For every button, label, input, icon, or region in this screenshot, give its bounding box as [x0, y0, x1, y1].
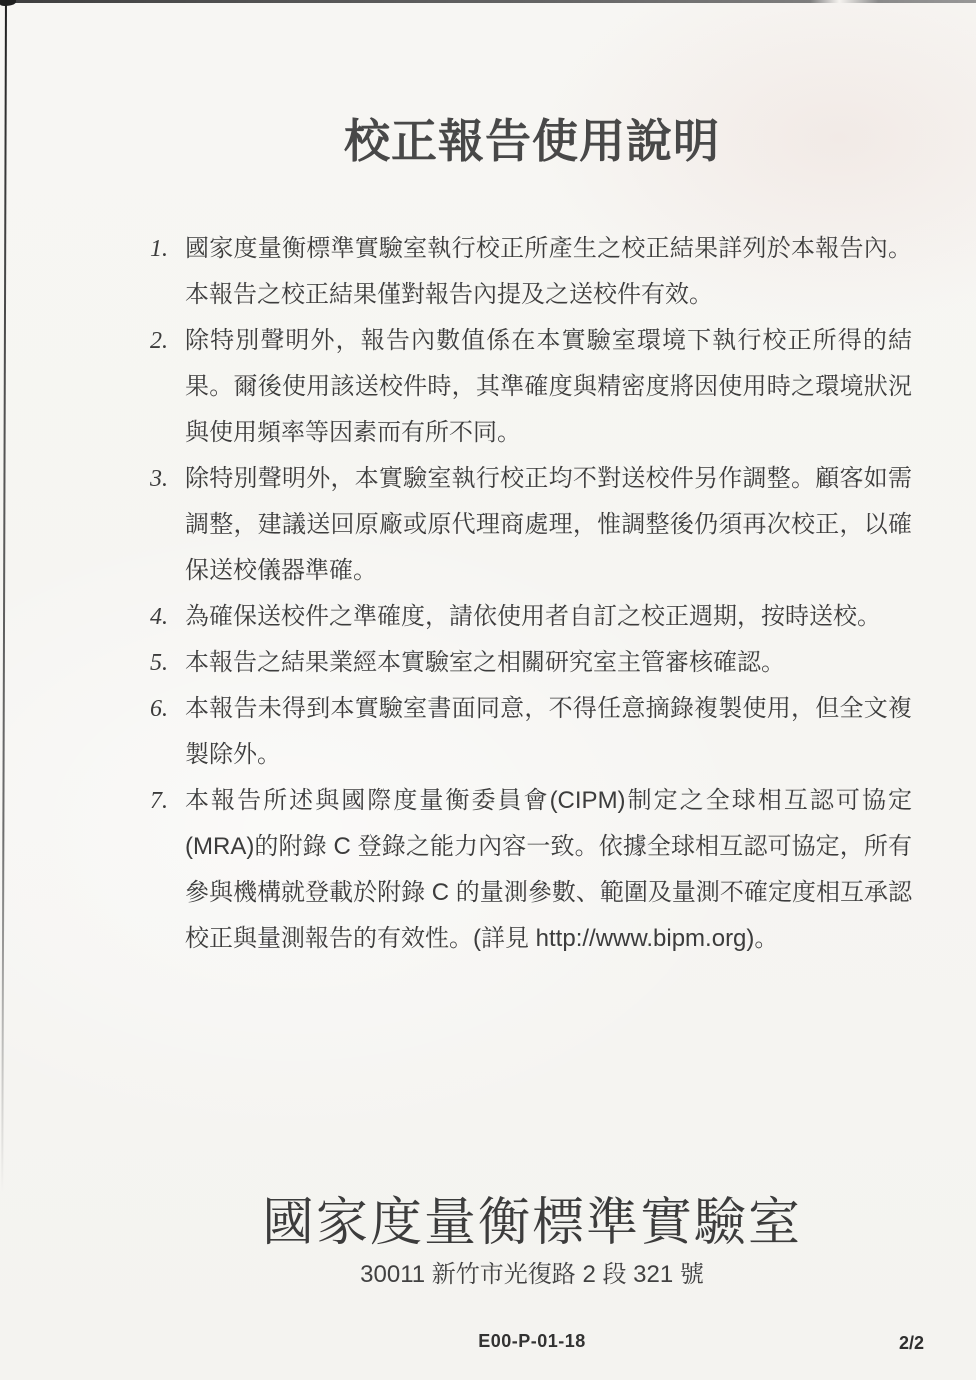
document-title: 校正報告使用說明 [150, 110, 914, 172]
list-item-6: 6. 本報告未得到本實驗室書面同意，不得任意摘錄複製使用，但全文複製除外。 [150, 686, 912, 778]
instruction-list: 1. 國家度量衡標準實驗室執行校正所產生之校正結果詳列於本報告內。本報告之校正結… [150, 226, 912, 962]
scanned-document-page: 校正報告使用說明 1. 國家度量衡標準實驗室執行校正所產生之校正結果詳列於本報告… [0, 0, 976, 1380]
list-item-text: 本報告所述與國際度量衡委員會(CIPM)制定之全球相互認可協定(MRA)的附錄 … [185, 787, 912, 952]
list-item-4: 4. 為確保送校件之準確度，請依使用者自訂之校正週期，按時送校。 [150, 594, 912, 640]
list-item-2: 2. 除特別聲明外，報告內數值係在本實驗室環境下執行校正所得的結果。爾後使用該送… [150, 318, 912, 456]
list-item-number: 4. [150, 594, 183, 640]
list-item-text: 為確保送校件之準確度，請依使用者自訂之校正週期，按時送校。 [185, 603, 881, 630]
list-item-5: 5. 本報告之結果業經本實驗室之相關研究室主管審核確認。 [150, 640, 912, 686]
list-item-number: 3. [150, 456, 183, 502]
list-item-text: 本報告之結果業經本實驗室之相關研究室主管審核確認。 [185, 649, 785, 676]
list-item-1: 1. 國家度量衡標準實驗室執行校正所產生之校正結果詳列於本報告內。本報告之校正結… [150, 226, 912, 318]
list-item-number: 5. [150, 640, 183, 686]
list-item-text: 除特別聲明外，報告內數值係在本實驗室環境下執行校正所得的結果。爾後使用該送校件時… [185, 327, 912, 446]
list-item-text: 國家度量衡標準實驗室執行校正所產生之校正結果詳列於本報告內。本報告之校正結果僅對… [185, 235, 912, 308]
list-item-7: 7. 本報告所述與國際度量衡委員會(CIPM)制定之全球相互認可協定(MRA)的… [150, 778, 912, 962]
laboratory-address: 30011 新竹市光復路 2 段 321 號 [150, 1260, 914, 1290]
laboratory-name: 國家度量衡標準實驗室 [150, 1192, 914, 1254]
list-item-text: 除特別聲明外，本實驗室執行校正均不對送校件另作調整。顧客如需調整，建議送回原廠或… [185, 465, 912, 584]
scan-artifact-corner [0, 0, 16, 6]
list-item-3: 3. 除特別聲明外，本實驗室執行校正均不對送校件另作調整。顧客如需調整，建議送回… [150, 456, 912, 594]
list-item-number: 6. [150, 686, 183, 732]
scan-artifact-top-edge [0, 0, 976, 3]
list-item-text: 本報告未得到本實驗室書面同意，不得任意摘錄複製使用，但全文複製除外。 [185, 695, 912, 768]
page-number: 2/2 [899, 1333, 924, 1354]
list-item-number: 2. [150, 318, 183, 364]
list-item-number: 1. [150, 226, 183, 272]
list-item-number: 7. [150, 778, 183, 824]
scan-artifact-left-edge [1, 0, 7, 1192]
document-number: E00-P-01-18 [150, 1331, 914, 1352]
